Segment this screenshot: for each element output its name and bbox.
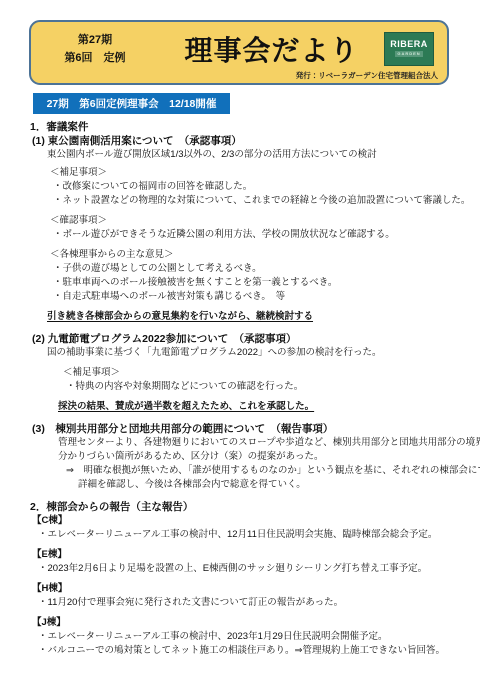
- agenda-item2-intro: 国の補助事業に基づく「九電節電プログラム2022」への参加の検討を行った。: [47, 346, 454, 360]
- agenda-item1-sub3-bullet1: ・子供の遊び場としての公園として考えるべき。: [53, 262, 454, 276]
- building-c-bullet1: ・エレベーターリニューアル工事の検討中、12月11日住民説明会実施、臨時棟部会総…: [38, 528, 454, 542]
- building-j-bullet1: ・エレベーターリニューアル工事の検討中、2023年1月29日住民説明会開催予定。: [38, 630, 454, 644]
- document-body: 1．審議案件 (1) 東公園南側活用案について （承認事項） 東公園内ボール遊び…: [30, 120, 454, 658]
- agenda-item1-sub3-heading: ＜各棟理事からの主な意見＞: [50, 248, 454, 262]
- agenda-item1-sub2-bullet1: ・ボール遊びができそうな近隣公園の利用方法、学校の開放状況など確認する。: [53, 228, 454, 242]
- agenda-item2-sub1-heading: ＜補足事項＞: [63, 366, 454, 380]
- building-j-label: 【J棟】: [32, 616, 454, 630]
- agenda-item1-sub3-bullet3: ・自走式駐車場へのボール被害対策も講じるべき。 等: [53, 290, 454, 304]
- agenda-item1-sub1-bullet1: ・改修案についての福岡市の回答を確認した。: [53, 180, 454, 194]
- section1-heading: 1．審議案件: [30, 120, 454, 134]
- building-h-bullet1: ・11月20付で理事会宛に発行された文書について訂正の報告があった。: [38, 596, 454, 610]
- agenda-item2-conclusion: 採決の結果、賛成が過半数を超えたため、これを承認した。: [58, 400, 454, 414]
- building-h-label: 【H棟】: [32, 582, 454, 596]
- agenda-item1-sub1-heading: ＜補足事項＞: [50, 166, 454, 180]
- term-block: 第27期 第6回 定例: [31, 32, 159, 67]
- logo-subtext: GARDEN: [395, 51, 422, 57]
- agenda-item1-title: (1) 東公園南側活用案について （承認事項）: [32, 134, 454, 148]
- agenda-item3-line1: 管理センターより、各建物廻りにおいてのスロープや歩道など、棟別共用部分と団地共用…: [58, 436, 454, 450]
- building-c-label: 【C棟】: [32, 514, 454, 528]
- meeting-info-bar: 27期 第6回定例理事会 12/18開催: [33, 93, 230, 114]
- term-line1: 第27期: [31, 32, 159, 50]
- agenda-item1-intro: 東公園内ボール遊び開放区域1/3以外の、2/3の部分の活用方法についての検討: [47, 148, 454, 162]
- ribera-logo: RIBERA GARDEN: [384, 32, 434, 66]
- agenda-item3-line4: 詳細を確認し、今後は各棟部会内で総意を得ていく。: [78, 478, 454, 492]
- agenda-item2-sub1-bullet1: ・特典の内容や対象期間などについての確認を行った。: [66, 380, 454, 394]
- section2-heading: 2．棟部会からの報告（主な報告）: [30, 500, 454, 514]
- agenda-item1-sub1-bullet2: ・ネット設置などの物理的な対策について、これまでの経緯と今後の追加設置について審…: [53, 194, 454, 208]
- newsletter-page: 第27期 第6回 定例 理事会だより RIBERA GARDEN 発行：リベーラ…: [0, 0, 480, 679]
- term-line2: 第6回 定例: [31, 50, 159, 68]
- agenda-item2-title: (2) 九電節電プログラム2022参加について （承認事項）: [32, 332, 454, 346]
- logo-text: RIBERA: [390, 40, 428, 49]
- building-e-label: 【E棟】: [32, 548, 454, 562]
- agenda-item1-conclusion: 引き続き各棟部会からの意見集約を行いながら、継続検討する: [47, 310, 454, 324]
- agenda-item1-sub3-bullet2: ・駐車車両へのボール接触被害を無くすことを第一義とするべき。: [53, 276, 454, 290]
- building-j-bullet2: ・バルコニーでの鳩対策としてネット施工の相談住戸あり。⇒管理規約上施工できない旨…: [38, 644, 454, 658]
- agenda-item1-sub2-heading: ＜確認事項＞: [50, 214, 454, 228]
- header-banner: 第27期 第6回 定例 理事会だより RIBERA GARDEN 発行：リベーラ…: [29, 20, 449, 85]
- page-title: 理事会だより: [159, 29, 384, 69]
- agenda-item3-line3: ⇒ 明確な根拠が無いため、「誰が使用するものなのか」という観点を基に、それぞれの…: [66, 464, 454, 478]
- agenda-item3-title: (3) 棟別共用部分と団地共用部分の範囲について （報告事項）: [32, 422, 454, 436]
- issuer-line: 発行：リベーラガーデン住宅管理組合法人: [296, 70, 438, 81]
- agenda-item3-line2: 分かりづらい箇所があるため、区分け（案）の提案があった。: [58, 450, 454, 464]
- building-e-bullet1: ・2023年2月6日より足場を設置の上、E棟西側のサッシ廻りシーリング打ち替え工…: [38, 562, 454, 576]
